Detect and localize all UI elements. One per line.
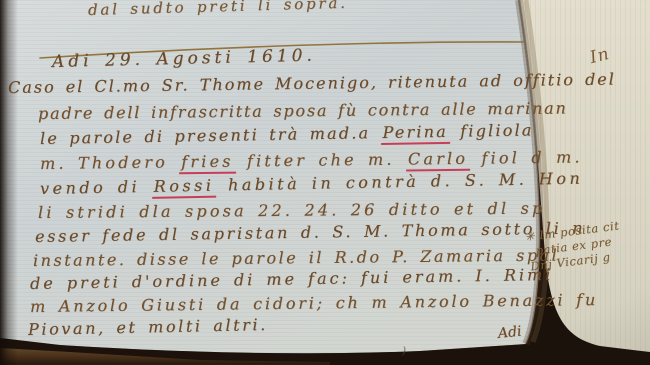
underlined-word-carlo: Carlo bbox=[406, 149, 470, 172]
text-line: le parole di presenti trà mad.a Perina f… bbox=[40, 120, 534, 148]
handwriting-layer: dal sudto preti li sopra. Adi 29. Agosti… bbox=[0, 0, 650, 365]
text-line: padre dell infrascritta sposa fù contra … bbox=[38, 98, 568, 123]
underlined-word-perina: Perina bbox=[380, 122, 450, 145]
text-line: vendo di Rossi habità in contrà d. S. M.… bbox=[40, 169, 584, 198]
asterisk-mark: ✳ bbox=[524, 229, 536, 244]
text-line-top-fragment: dal sudto preti li sopra. bbox=[88, 0, 348, 19]
text-segment: m. Thodero bbox=[40, 152, 179, 173]
manuscript-photo: dal sudto preti li sopra. Adi 29. Agosti… bbox=[0, 0, 650, 365]
text-line: Piovan, et molti altri. bbox=[28, 315, 268, 339]
next-page-top-text: In bbox=[588, 44, 612, 68]
text-line: li stridi dla sposa 22. 24. 26 ditto et … bbox=[38, 199, 546, 222]
text-line: Caso el Cl.mo Sr. Thome Mocenigo, ritenu… bbox=[8, 70, 616, 97]
text-segment: habità in contrà d. S. M. Hon bbox=[216, 169, 583, 195]
text-segment: figliola bbox=[450, 120, 534, 140]
text-segment: fitter che m. bbox=[235, 150, 406, 171]
text-line: m Anzolo Giusti da cidori; ch m Anzolo B… bbox=[30, 290, 598, 316]
underlined-word-rossi: Rossi bbox=[152, 176, 217, 199]
text-segment: fiol d m. bbox=[470, 147, 583, 167]
text-line: esser fede dl sapristan d. S. M. Thoma s… bbox=[35, 218, 586, 246]
text-segment: vendo di bbox=[40, 177, 152, 198]
stray-ink-mark: ) bbox=[402, 346, 406, 357]
text-bottom-right-adi: Adi bbox=[497, 324, 522, 342]
text-segment: le parole di presenti trà mad.a bbox=[40, 123, 381, 148]
underlined-word-fries: fries bbox=[179, 152, 236, 175]
text-line-date: Adi 29. Agosti 1610. bbox=[52, 46, 316, 72]
